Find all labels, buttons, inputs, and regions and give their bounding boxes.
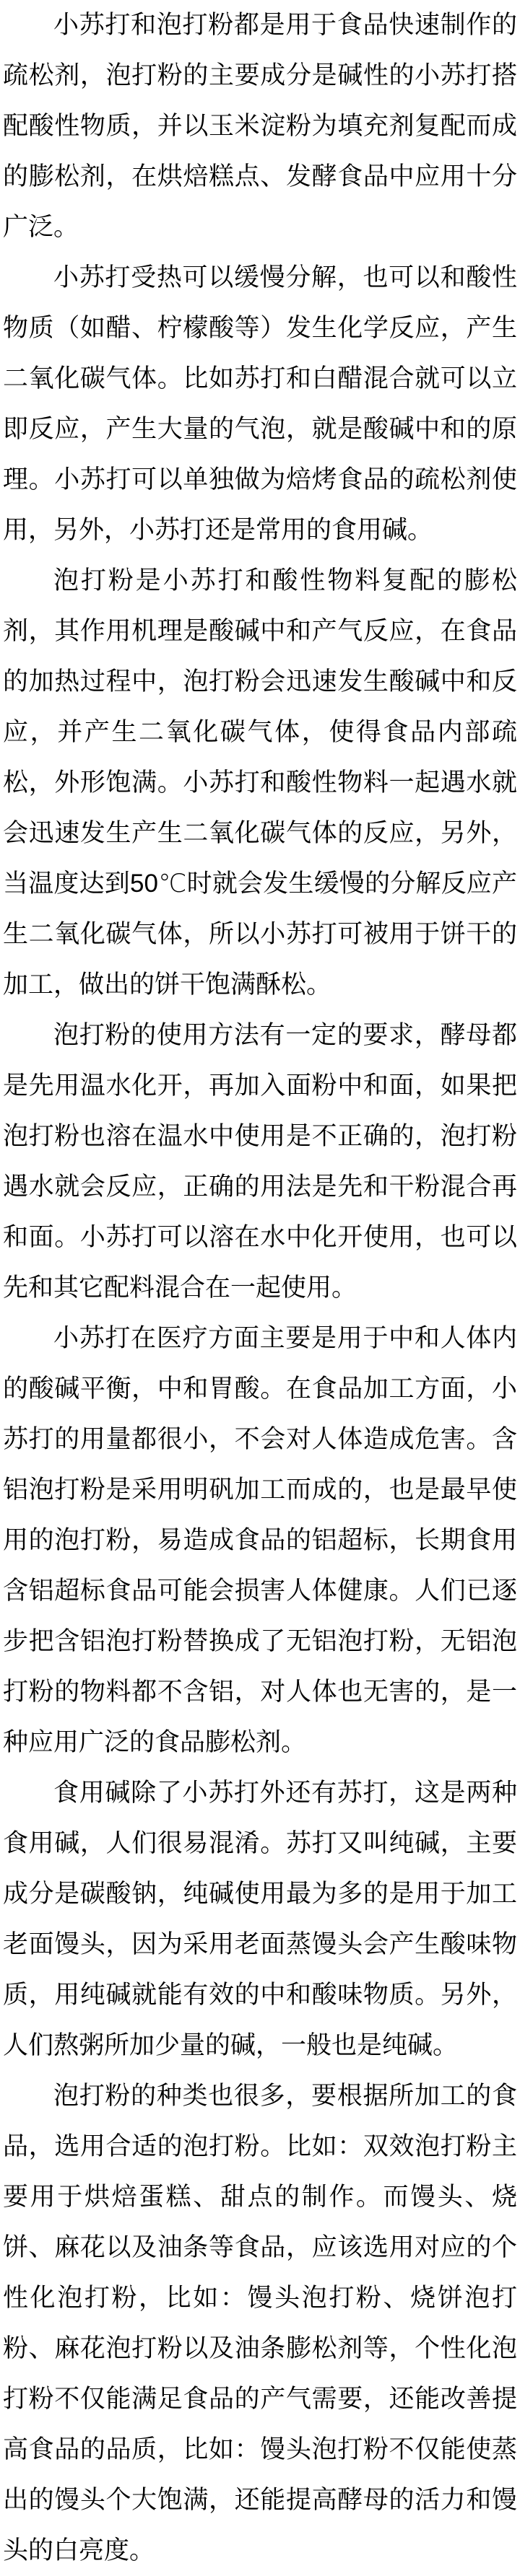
paragraph-medical-and-aluminum: 小苏打在医疗方面主要是用于中和人体内的酸碱平衡，中和胃酸。在食品加工方面，小苏打…: [3, 1313, 517, 1768]
paragraph-intro: 小苏打和泡打粉都是用于食品快速制作的疏松剂，泡打粉的主要成分是碱性的小苏打搭配酸…: [3, 0, 517, 253]
paragraph-baking-powder-types: 泡打粉的种类也很多，要根据所加工的食品，选用合适的泡打粉。比如：双效泡打粉主要用…: [3, 2071, 517, 2576]
document-page: 小苏打和泡打粉都是用于食品快速制作的疏松剂，泡打粉的主要成分是碱性的小苏打搭配酸…: [0, 0, 520, 2576]
paragraph-baking-powder-mechanism: 泡打粉是小苏打和酸性物料复配的膨松剂，其作用机理是酸碱中和产气反应，在食品的加热…: [3, 556, 517, 1010]
paragraph-baking-soda-reaction: 小苏打受热可以缓慢分解，也可以和酸性物质（如醋、柠檬酸等）发生化学反应，产生二氧…: [3, 253, 517, 556]
paragraph-edible-alkali: 食用碱除了小苏打外还有苏打，这是两种食用碱，人们很易混淆。苏打又叫纯碱，主要成分…: [3, 1768, 517, 2071]
paragraph-usage-method: 泡打粉的使用方法有一定的要求，酵母都是先用温水化开，再加入面粉中和面，如果把泡打…: [3, 1010, 517, 1313]
article-body: 小苏打和泡打粉都是用于食品快速制作的疏松剂，泡打粉的主要成分是碱性的小苏打搭配酸…: [3, 0, 517, 2576]
